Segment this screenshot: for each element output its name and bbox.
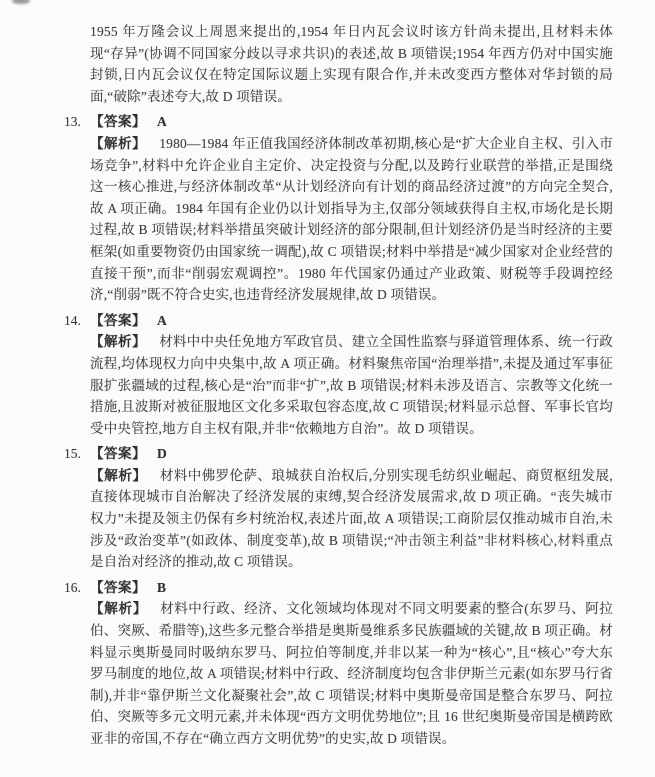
analysis-paragraph: 【解析】材料中佛罗伦萨、琅城获自治权后,分别实现毛纺织业崛起、商贸枢纽发展,直接…: [90, 465, 613, 573]
answer-label: 【答案】: [90, 580, 146, 595]
analysis-label: 【解析】: [90, 601, 147, 616]
analysis-label: 【解析】: [90, 136, 146, 151]
intro-continuation-paragraph: 1955 年万隆会议上周恩来提出的,1954 年日内瓦会议时该方针尚未提出,且材…: [90, 21, 613, 107]
item-number: 16.: [64, 577, 81, 599]
answer-items: 13. 【答案】A 【解析】1980—1984 年正值我国经济体制改革初期,核心…: [90, 111, 613, 749]
item-number: 14.: [64, 310, 81, 332]
answer-label: 【答案】: [90, 313, 146, 328]
item-number: 15.: [64, 443, 81, 465]
analysis-paragraph: 【解析】材料中行政、经济、文化领域均体现对不同文明要素的整合(东罗马、阿拉伯、突…: [90, 598, 613, 749]
answer-item: 14. 【答案】A 【解析】材料中中央任免地方军政官员、建立全国性监察与驿道管理…: [90, 310, 613, 440]
answer-line: 13. 【答案】A: [90, 111, 613, 133]
answer-item: 16. 【答案】B 【解析】材料中行政、经济、文化领域均体现对不同文明要素的整合…: [90, 577, 613, 750]
answer-label: 【答案】: [90, 446, 146, 461]
answer-item: 15. 【答案】D 【解析】材料中佛罗伦萨、琅城获自治权后,分别实现毛纺织业崛起…: [90, 443, 613, 573]
answer-letter: D: [157, 446, 167, 461]
scan-artifact: [12, 0, 30, 4]
answer-item: 13. 【答案】A 【解析】1980—1984 年正值我国经济体制改革初期,核心…: [90, 111, 613, 305]
analysis-paragraph: 【解析】1980—1984 年正值我国经济体制改革初期,核心是“扩大企业自主权、…: [90, 133, 613, 306]
answer-line: 15. 【答案】D: [90, 443, 613, 465]
analysis-paragraph: 【解析】材料中中央任免地方军政官员、建立全国性监察与驿道管理体系、统一行政流程,…: [90, 331, 613, 439]
analysis-label: 【解析】: [90, 468, 147, 483]
analysis-label: 【解析】: [90, 334, 146, 349]
answer-letter: B: [157, 580, 166, 595]
item-number: 13.: [64, 111, 81, 133]
document-page: 1955 年万隆会议上周恩来提出的,1954 年日内瓦会议时该方针尚未提出,且材…: [0, 0, 655, 777]
analysis-text: 1980—1984 年正值我国经济体制改革初期,核心是“扩大企业自主权、引入市场…: [90, 136, 613, 302]
analysis-text: 材料中行政、经济、文化领域均体现对不同文明要素的整合(东罗马、阿拉伯、突厥、希腊…: [90, 601, 613, 746]
answer-label: 【答案】: [90, 114, 146, 129]
answer-letter: A: [157, 114, 167, 129]
answer-line: 16. 【答案】B: [90, 577, 613, 599]
analysis-text: 材料中佛罗伦萨、琅城获自治权后,分别实现毛纺织业崛起、商贸枢纽发展,直接体现城市…: [90, 468, 613, 569]
analysis-text: 材料中中央任免地方军政官员、建立全国性监察与驿道管理体系、统一行政流程,均体现权…: [90, 334, 613, 435]
answer-line: 14. 【答案】A: [90, 310, 613, 332]
answer-letter: A: [157, 313, 167, 328]
